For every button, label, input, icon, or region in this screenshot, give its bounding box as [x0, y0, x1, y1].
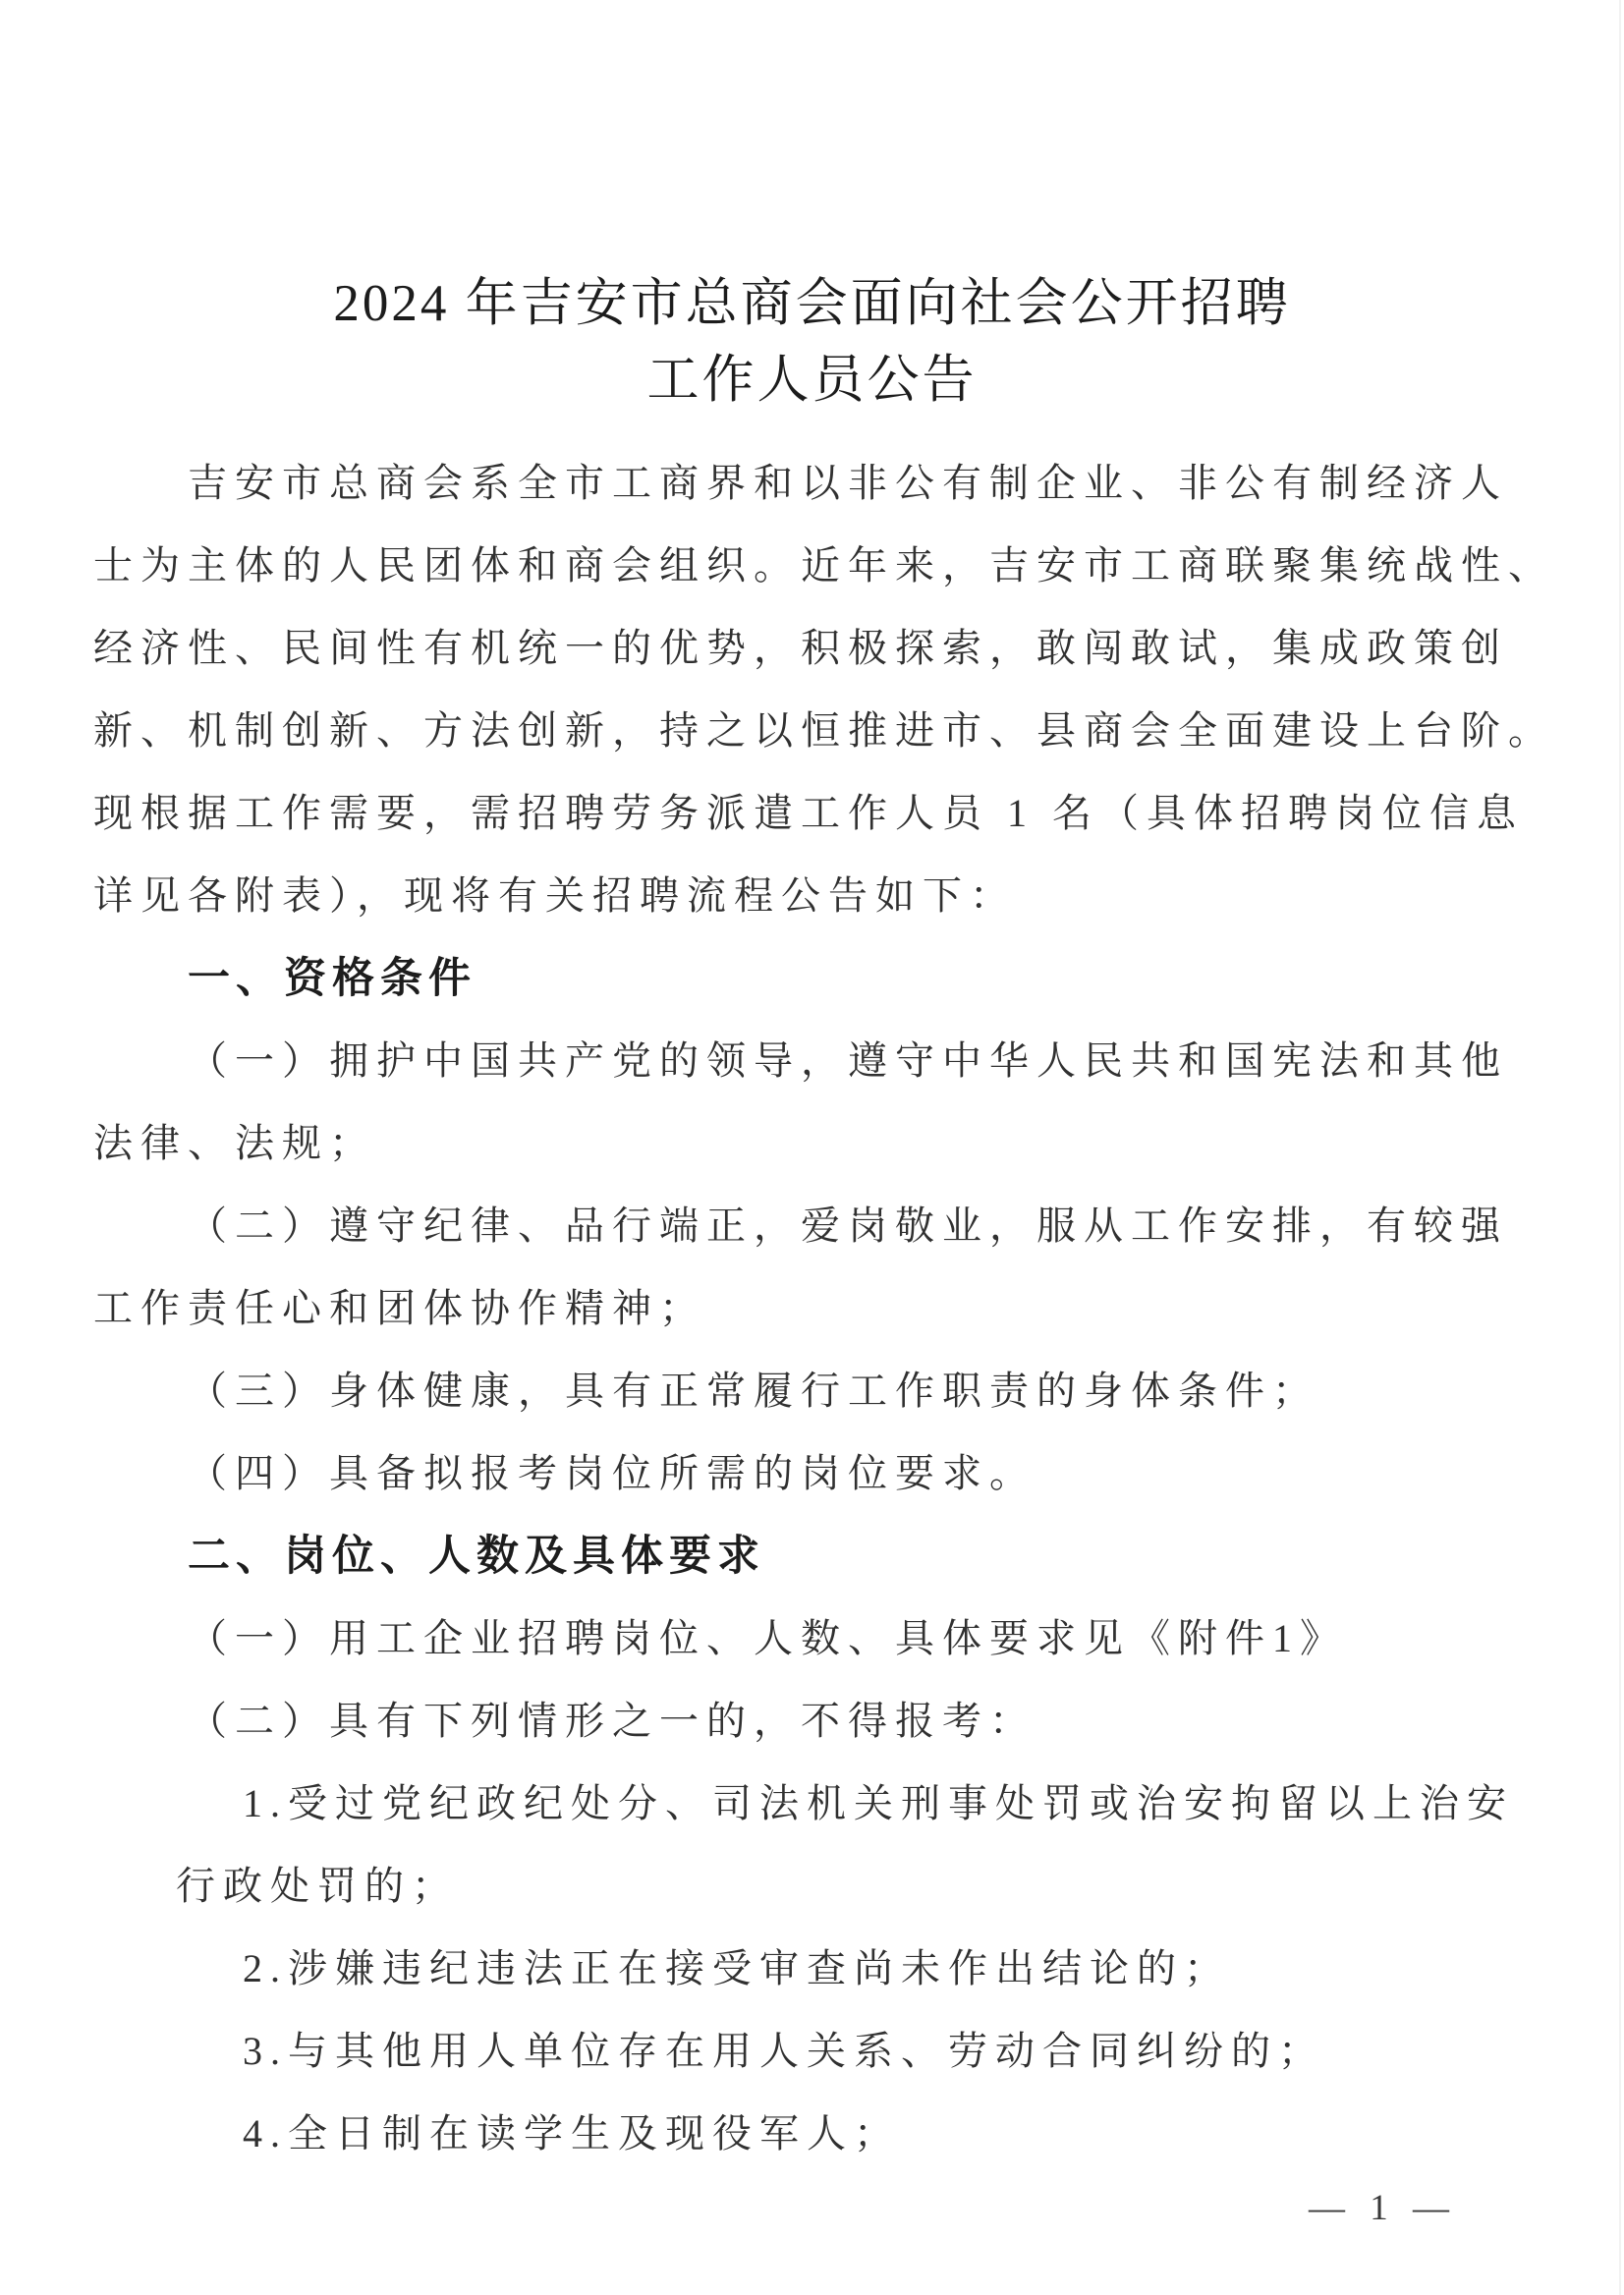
- paragraph-line: 现根据工作需要，需招聘劳务派遣工作人员 1 名（具体招聘岗位信息: [93, 772, 1516, 855]
- scanned-document-page: 2024 年吉安市总商会面向社会公开招聘 工作人员公告 吉安市总商会系全市工商界…: [0, 0, 1624, 2295]
- paragraph-line: 吉安市总商会系全市工商界和以非公有制企业、非公有制经济人: [93, 442, 1516, 525]
- paragraph-line: （二）具有下列情形之一的，不得报考：: [93, 1680, 1516, 1763]
- paragraph-line: （二）遵守纪律、品行端正，爱岗敬业，服从工作安排，有较强: [93, 1185, 1516, 1267]
- title-line-2: 工作人员公告: [0, 342, 1624, 419]
- section-heading-positions: 二、岗位、人数及具体要求: [93, 1515, 1516, 1597]
- paragraph-line: 经济性、民间性有机统一的优势，积极探索，敢闯敢试，集成政策创: [93, 607, 1516, 690]
- document-body: 吉安市总商会系全市工商界和以非公有制企业、非公有制经济人 士为主体的人民团体和商…: [93, 442, 1516, 2175]
- paragraph-line: 工作责任心和团体协作精神；: [93, 1267, 1516, 1350]
- numbered-item-line: 2.涉嫌违纪违法正在接受审查尚未作出结论的；: [93, 1928, 1516, 2010]
- title-line-1: 2024 年吉安市总商会面向社会公开招聘: [0, 265, 1624, 342]
- page-number: — 1 —: [1309, 2187, 1457, 2229]
- paragraph-line: （一）用工企业招聘岗位、人数、具体要求见《附件1》: [93, 1597, 1516, 1680]
- paragraph-line: （四）具备拟报考岗位所需的岗位要求。: [93, 1432, 1516, 1515]
- paragraph-line: 士为主体的人民团体和商会组织。近年来，吉安市工商联聚集统战性、: [93, 525, 1516, 607]
- document-title: 2024 年吉安市总商会面向社会公开招聘 工作人员公告: [0, 265, 1624, 419]
- paragraph-line: 行政处罚的；: [93, 1845, 1516, 1928]
- paragraph-line: 详见各附表），现将有关招聘流程公告如下：: [93, 855, 1516, 937]
- paragraph-line: 新、机制创新、方法创新，持之以恒推进市、县商会全面建设上台阶。: [93, 690, 1516, 772]
- paragraph-line: （一）拥护中国共产党的领导，遵守中华人民共和国宪法和其他: [93, 1020, 1516, 1102]
- paragraph-line: 法律、法规；: [93, 1102, 1516, 1185]
- section-heading-qualifications: 一、资格条件: [93, 937, 1516, 1020]
- numbered-item-line: 4.全日制在读学生及现役军人；: [93, 2093, 1516, 2175]
- paragraph-line: （三）身体健康，具有正常履行工作职责的身体条件；: [93, 1350, 1516, 1432]
- numbered-item-line: 1.受过党纪政纪处分、司法机关刑事处罚或治安拘留以上治安: [93, 1763, 1516, 1845]
- numbered-item-line: 3.与其他用人单位存在用人关系、劳动合同纠纷的；: [93, 2010, 1516, 2093]
